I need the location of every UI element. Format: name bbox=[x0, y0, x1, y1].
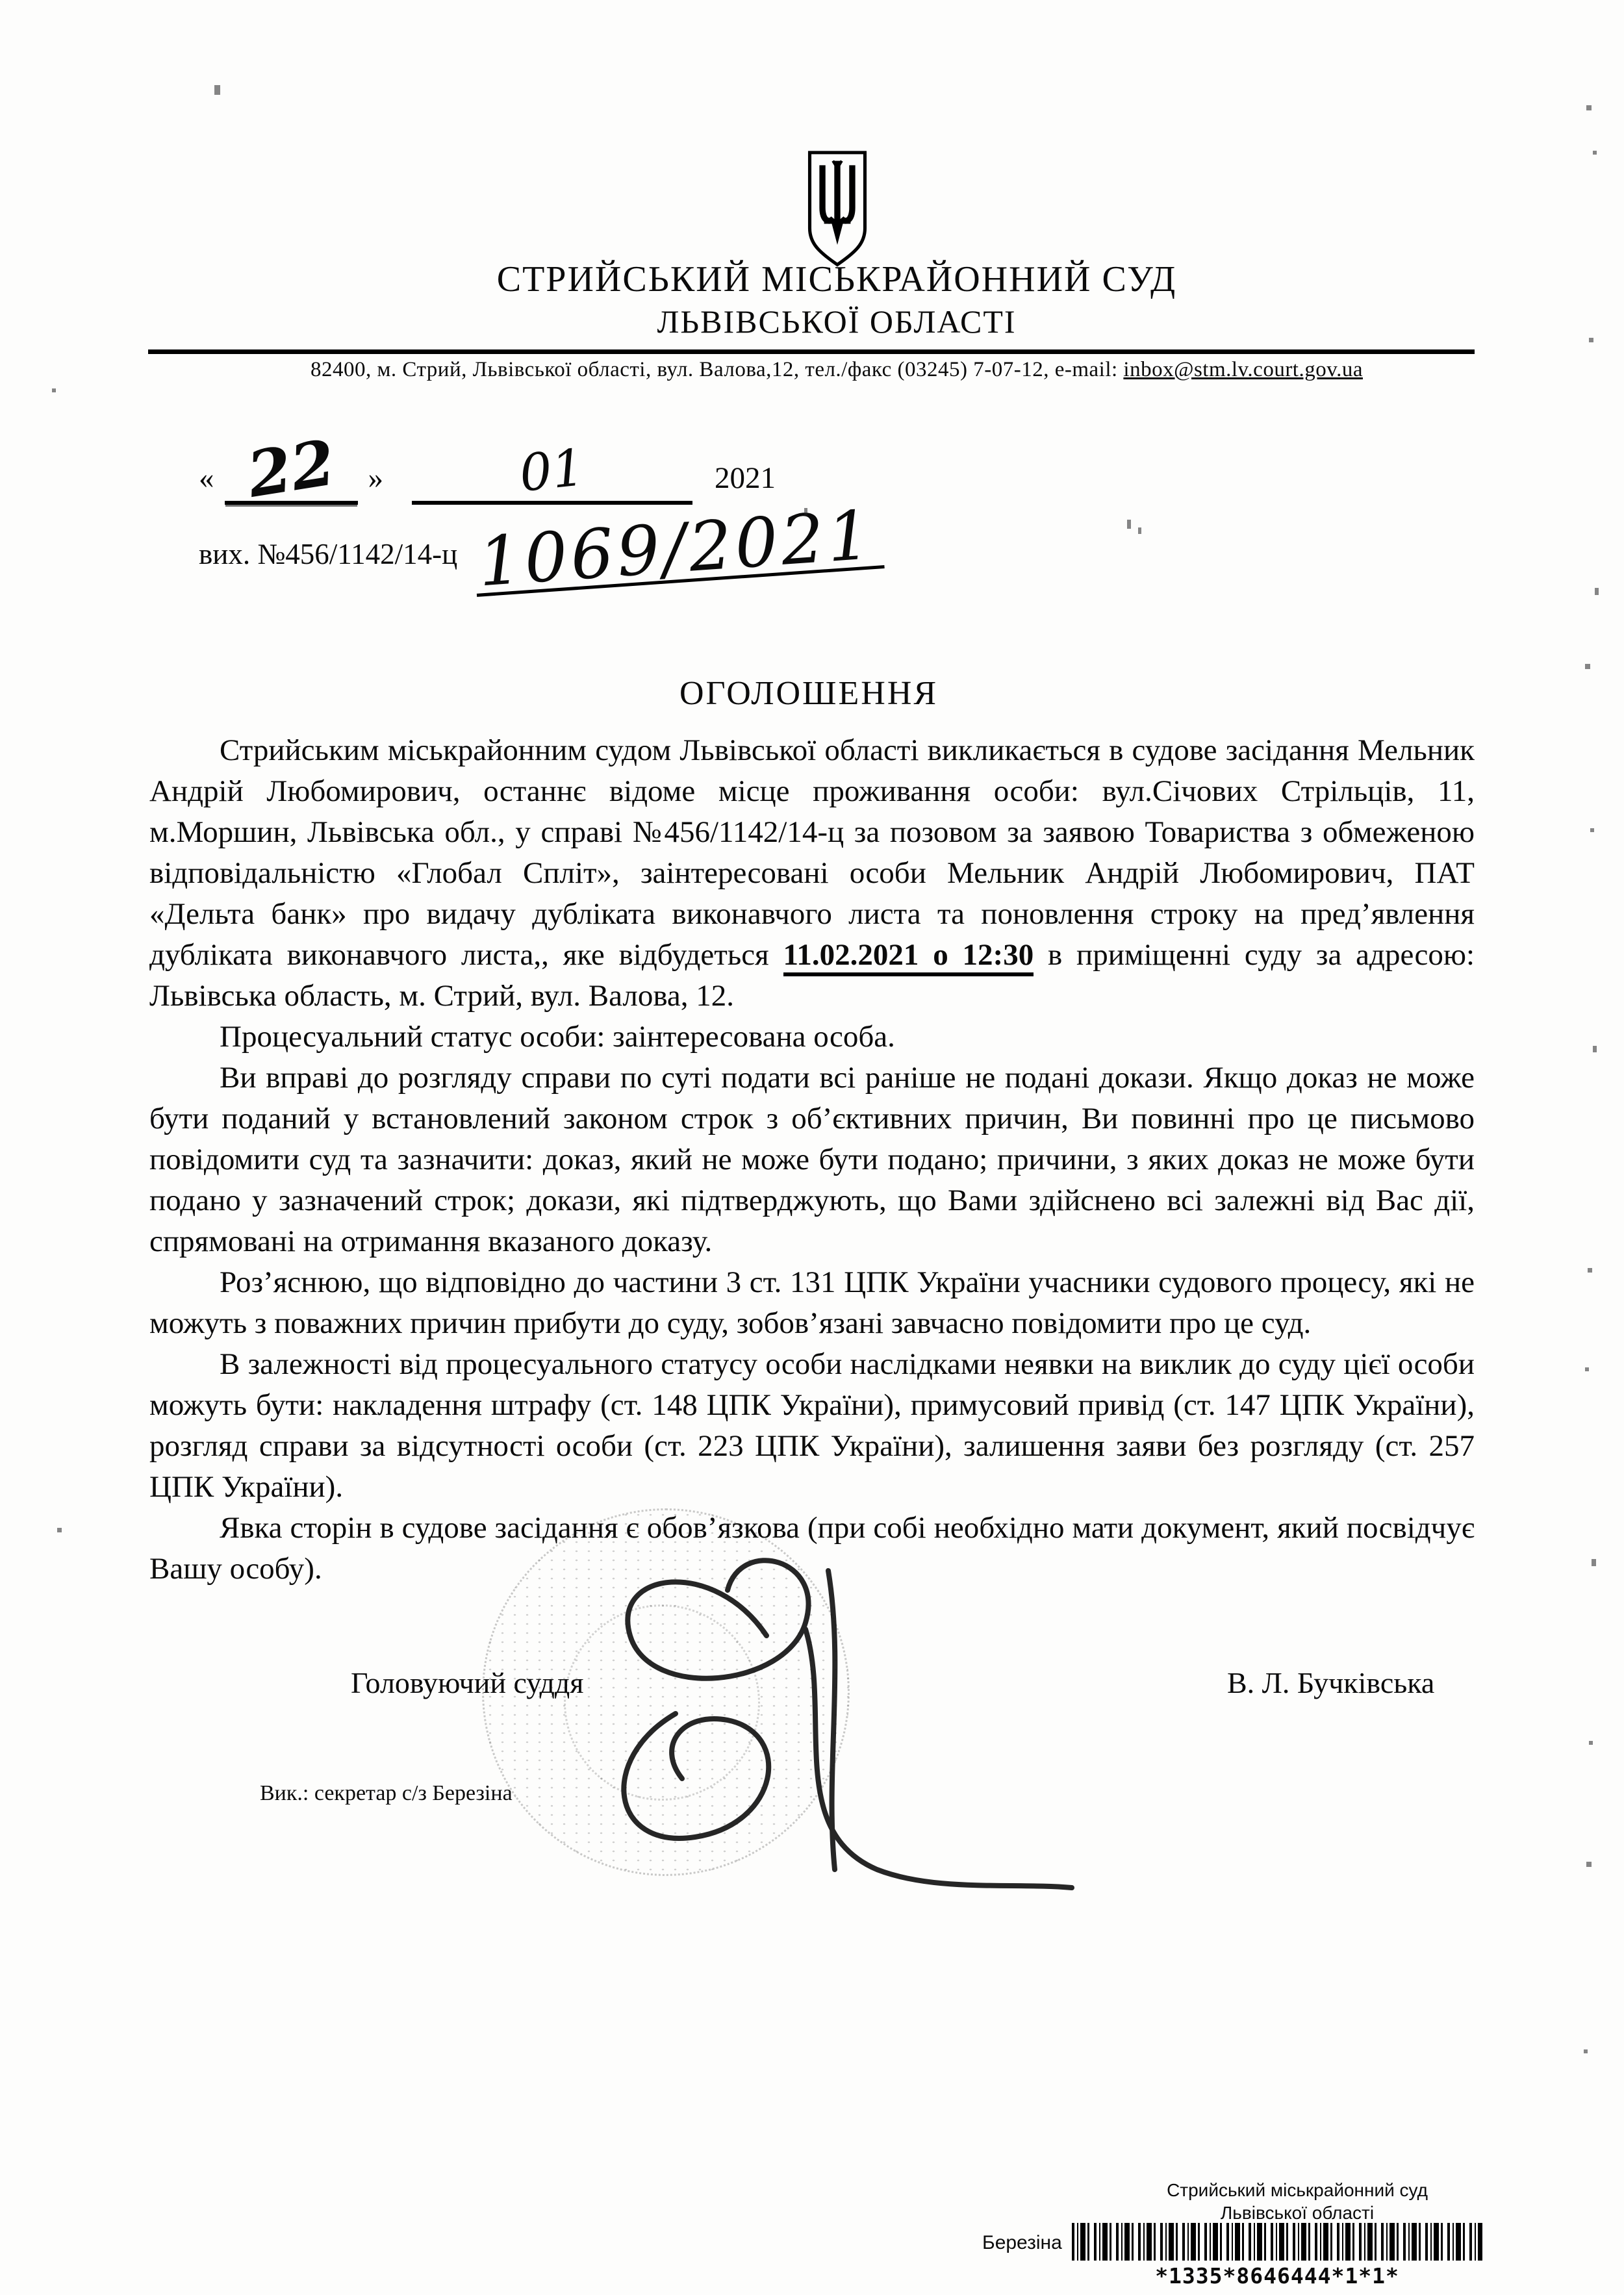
barcode-number: *1335*8646444*1*1* bbox=[1072, 2263, 1482, 2289]
outgoing-number-row: вих. №456/1142/14-ц1069/2021 bbox=[199, 518, 883, 583]
scan-speck bbox=[1589, 338, 1593, 342]
court-email-link[interactable]: inbox@stm.lv.court.gov.ua bbox=[1123, 358, 1363, 381]
footer-court-name: Стрийський міськрайонний суд Львівської … bbox=[972, 2179, 1622, 2224]
scan-speck bbox=[214, 85, 220, 95]
court-address-line: 82400, м. Стрий, Львівської області, вул… bbox=[49, 358, 1624, 382]
document-title: ОГОЛОШЕННЯ bbox=[0, 674, 1618, 713]
paragraph-notice-131: Роз’яснюю, що відповідно до частини 3 ст… bbox=[149, 1262, 1475, 1344]
scanned-court-document: СТРИЙСЬКИЙ МІСЬКРАЙОННИЙ СУД ЛЬВІВСЬКОЇ … bbox=[0, 0, 1624, 2295]
judge-name: В. Л. Бучківська bbox=[1227, 1666, 1434, 1700]
handwritten-outgoing-number: 1069/2021 bbox=[472, 504, 885, 597]
scan-speck bbox=[1593, 1046, 1597, 1052]
paragraph-summons: Стрийським міськрайонним судом Львівсько… bbox=[149, 730, 1475, 1017]
handwritten-day: 22 bbox=[246, 443, 337, 495]
scan-speck bbox=[804, 508, 807, 516]
scan-speck bbox=[1584, 2049, 1588, 2053]
scan-speck bbox=[1590, 828, 1594, 832]
ukraine-trident-emblem bbox=[804, 148, 870, 270]
scan-speck bbox=[1127, 520, 1131, 529]
clerk-reference-line: Вик.: секретар с/з Березіна bbox=[260, 1781, 513, 1806]
scan-speck bbox=[1586, 105, 1592, 110]
address-text: 82400, м. Стрий, Львівської області, вул… bbox=[311, 358, 1123, 381]
paragraph-status: Процесуальний статус особи: заінтересова… bbox=[149, 1017, 1475, 1058]
close-quote: » bbox=[368, 461, 384, 495]
footer-court-line2: Львівської області bbox=[972, 2201, 1622, 2224]
date-month-blank: 01 bbox=[412, 454, 692, 505]
outgoing-number-label: вих. №456/1142/14-ц bbox=[199, 538, 457, 570]
footer-court-line1: Стрийський міськрайонний суд bbox=[972, 2179, 1622, 2201]
scan-speck bbox=[1585, 1367, 1589, 1371]
court-name-line2: ЛЬВІВСЬКОЇ ОБЛАСТІ bbox=[49, 303, 1624, 340]
code39-barcode bbox=[1072, 2223, 1482, 2261]
open-quote: « bbox=[199, 461, 214, 495]
date-year: 2021 bbox=[715, 461, 776, 495]
scan-speck bbox=[1593, 151, 1597, 155]
handwritten-month: 01 bbox=[518, 451, 586, 491]
scan-speck bbox=[52, 388, 56, 392]
scan-speck bbox=[1138, 527, 1141, 534]
scan-speck bbox=[1585, 664, 1590, 669]
document-body: Стрийським міськрайонним судом Львівсько… bbox=[149, 730, 1475, 1590]
footer-clerk-name: Березіна bbox=[982, 2232, 1062, 2254]
court-name-line1: СТРИЙСЬКИЙ МІСЬКРАЙОННИЙ СУД bbox=[49, 259, 1624, 300]
date-day-blank: 22 bbox=[225, 447, 358, 505]
paragraph-evidence: Ви вправі до розгляду справи по суті под… bbox=[149, 1058, 1475, 1262]
document-date-row: «22»012021 bbox=[199, 447, 776, 505]
scan-speck bbox=[1595, 588, 1599, 595]
scan-speck bbox=[1586, 1862, 1592, 1867]
judge-signature-scribble bbox=[572, 1545, 1091, 1908]
scan-speck bbox=[1589, 1741, 1593, 1745]
scan-speck bbox=[57, 1528, 62, 1532]
scan-speck bbox=[1588, 1268, 1592, 1273]
summons-lead: Стрийським міськрайонним судом Львівсько… bbox=[149, 733, 1475, 972]
paragraph-consequences: В залежності від процесуального статусу … bbox=[149, 1344, 1475, 1508]
judge-title-label: Головуючий суддя bbox=[351, 1666, 583, 1700]
letterhead-divider bbox=[148, 349, 1475, 354]
hearing-datetime: 11.02.2021 о 12:30 bbox=[783, 938, 1034, 976]
scan-speck bbox=[1592, 1559, 1596, 1566]
